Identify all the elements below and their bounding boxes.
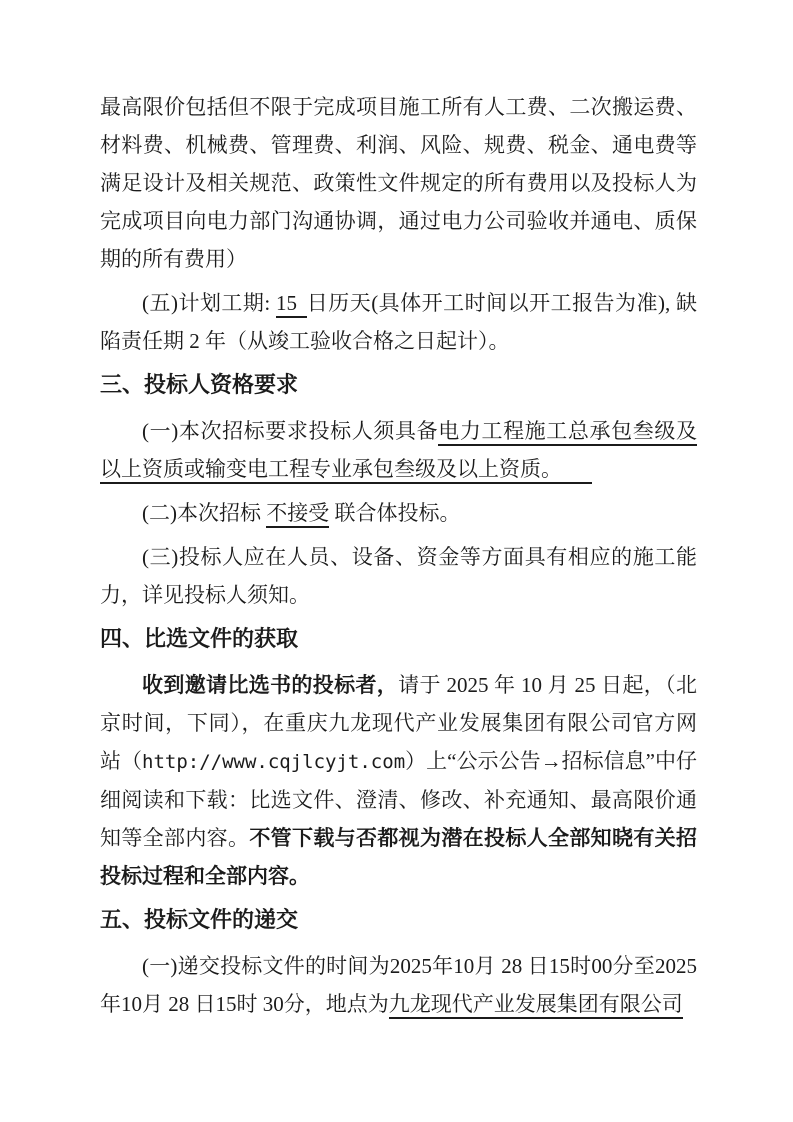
text-run: (三)投标人应在人员、设备、资金等方面具有相应的施工能力，详见投标人须知。 bbox=[100, 545, 697, 607]
website-url: http://www.cqjlcyjt.com bbox=[142, 751, 405, 773]
paragraph-capability-requirement: (三)投标人应在人员、设备、资金等方面具有相应的施工能力，详见投标人须知。 bbox=[100, 538, 697, 614]
underlined-text: 15 bbox=[276, 291, 307, 318]
paragraph-acquisition-details: 收到邀请比选书的投标者，请于 2025 年 10 月 25 日起，（北京时间，下… bbox=[100, 666, 697, 895]
text-run: (五)计划工期: bbox=[142, 291, 276, 315]
paragraph-submission-time: (一)递交投标文件的时间为2025年10月 28 日15时00分至2025年10… bbox=[100, 947, 697, 1023]
bold-text: 收到邀请比选书的投标者， bbox=[142, 673, 398, 697]
text-run: 最高限价包括但不限于完成项目施工所有人工费、二次搬运费、材料费、机械费、管理费、… bbox=[100, 95, 697, 271]
heading-bidder-qualification: 三、投标人资格要求 bbox=[100, 366, 697, 404]
paragraph-qualification-requirement: (一)本次招标要求投标人须具备电力工程施工总承包叁级及以上资质或输变电工程专业承… bbox=[100, 412, 697, 488]
paragraph-construction-period: (五)计划工期: 15 日历天(具体开工时间以开工报告为准), 缺陷责任期 2 … bbox=[100, 284, 697, 360]
paragraph-no-consortium: (二)本次招标 不接受 联合体投标。 bbox=[100, 494, 697, 532]
paragraph-fee-scope: 最高限价包括但不限于完成项目施工所有人工费、二次搬运费、材料费、机械费、管理费、… bbox=[100, 88, 697, 278]
text-run: (一)本次招标要求投标人须具备 bbox=[142, 419, 438, 443]
text-run: (二)本次招标 bbox=[142, 501, 266, 525]
underlined-text: 不接受 bbox=[266, 501, 329, 528]
underlined-text: 九龙现代产业发展集团有限公司 bbox=[389, 992, 683, 1019]
heading-bid-submission: 五、投标文件的递交 bbox=[100, 901, 697, 939]
document-page: 最高限价包括但不限于完成项目施工所有人工费、二次搬运费、材料费、机械费、管理费、… bbox=[0, 0, 793, 1122]
heading-document-acquisition: 四、比选文件的获取 bbox=[100, 620, 697, 658]
text-run: 联合体投标。 bbox=[329, 501, 460, 525]
